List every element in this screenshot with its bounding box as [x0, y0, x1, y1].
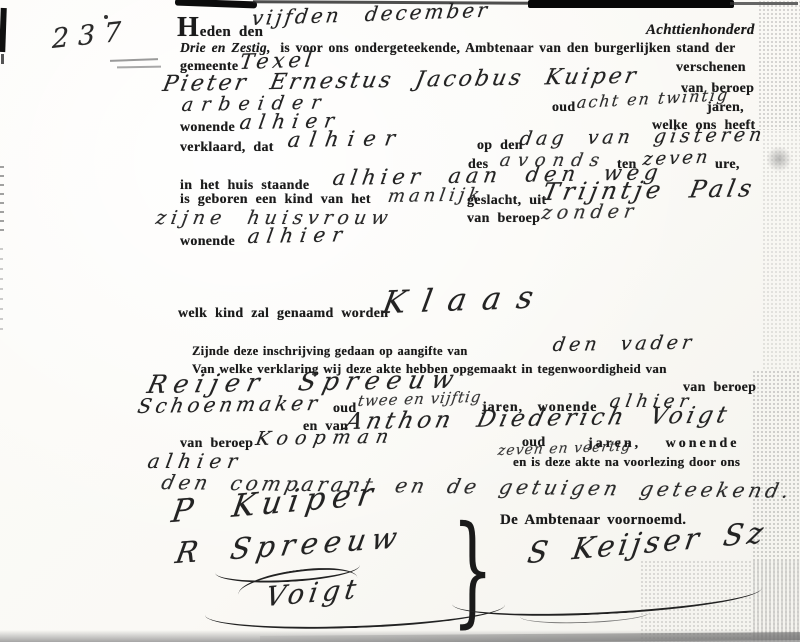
label-jaren-wonende-w2: jaren, wonende: [588, 436, 740, 452]
label-achttienhonderd: Achttienhonderd: [646, 22, 755, 39]
hw-birth-plaats: alhier: [286, 126, 406, 152]
label-jaren-declarant: jaren,: [707, 100, 744, 116]
scan-artifact-left-tick: [1, 54, 4, 64]
margin-dash-1: [110, 58, 158, 62]
label-oud-declarant: oud: [552, 100, 575, 116]
hw-witness2-name: Anthon Diederich Voigt: [343, 402, 733, 435]
birth-certificate-scan: 237 Heden den vijfden december Achttienh…: [0, 0, 800, 642]
label-geslacht-uit: geslacht, uit: [467, 193, 546, 209]
margin-dash-2: [117, 66, 161, 69]
hw-witness2-woonplaats: alhier: [146, 449, 245, 473]
hw-moeder-beroep: zonder: [540, 200, 640, 224]
scan-artifact-left-sliver: [0, 8, 7, 52]
label-van-beroep-moeder: van beroep: [467, 211, 540, 227]
label-aangifte: Zijnde deze inschrijving gedaan op aangi…: [192, 344, 468, 359]
label-is-geboren: is geboren een kind van het: [180, 192, 371, 208]
label-ure: ure,: [715, 157, 740, 173]
label-wonende-moeder: wonende: [180, 234, 235, 250]
signature-brace: }: [452, 504, 493, 636]
hw-birth-dag: dag van gisteren: [518, 124, 767, 150]
scan-artifact-top-left-streak: [175, 0, 257, 8]
hw-moeder-woonplaats: alhier: [246, 222, 351, 248]
label-verklaard-dat: verklaard, dat: [180, 140, 274, 156]
label-officer-text: is voor ons ondergeteekende, Ambtenaar v…: [280, 40, 735, 55]
scan-artifact-left-dashes-upper: [0, 166, 4, 238]
scan-artifact-top-blob: [528, 0, 734, 8]
hw-date: vijfden december: [250, 0, 491, 30]
hw-child-name: Klaas: [380, 279, 552, 321]
scan-artifact-ink-smudge: [766, 146, 792, 172]
label-wonende-declarant: wonende: [180, 120, 235, 136]
ink-dot: [104, 15, 108, 19]
label-welk-kind: welk kind zal genaamd worden: [178, 306, 388, 322]
hw-witness2-beroep: Koopman: [254, 426, 398, 451]
hw-witness1-beroep: Schoenmaker: [136, 391, 324, 418]
label-voorlezing: en is deze akte na voorlezing door ons: [513, 454, 740, 470]
scan-noise-right-top: [758, 0, 800, 130]
scan-artifact-left-dashes-lower: [0, 248, 3, 330]
label-verschenen: verschenen: [676, 60, 746, 76]
hw-aangever: den vader: [551, 331, 697, 356]
act-number: 237: [52, 16, 130, 55]
